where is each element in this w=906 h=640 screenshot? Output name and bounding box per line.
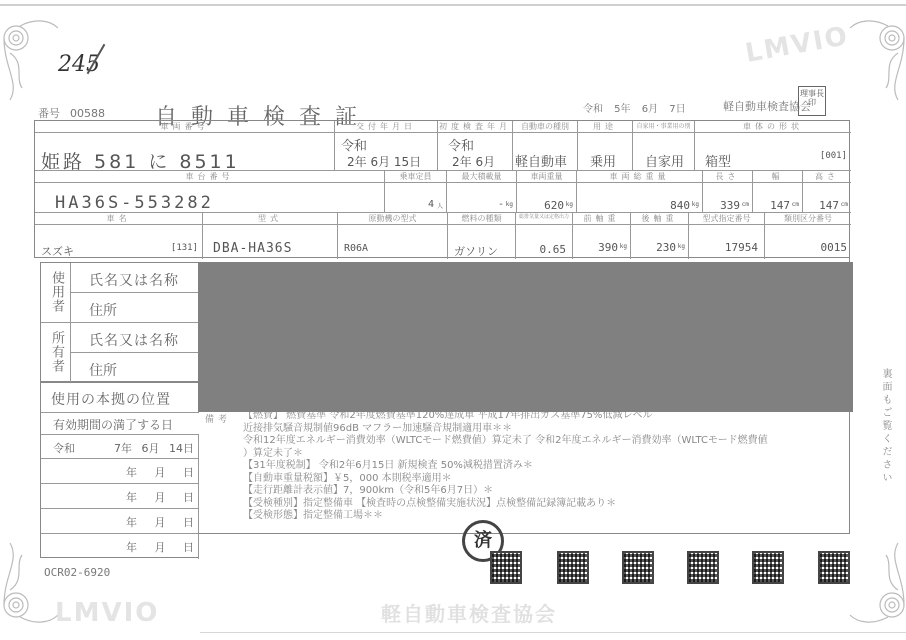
header-vehicle-class: 自動車の種別 xyxy=(513,121,578,133)
official-seal: 理事長印 xyxy=(798,86,826,116)
header-fuel: 燃料の種類 xyxy=(448,213,516,225)
width: 147 xyxy=(770,199,790,212)
blank-date-2: 年 月 日 xyxy=(126,489,194,505)
header-chassis-number: 車台番号 xyxy=(35,171,385,183)
corner-ornament-icon xyxy=(848,540,906,635)
length: 339 xyxy=(720,199,740,212)
header-first-registration: 初度検査年月 xyxy=(438,121,513,133)
owner-name-label: 氏名又は名称 xyxy=(89,330,179,350)
header-body-shape: 車体の形状 xyxy=(695,121,851,133)
height: 147 xyxy=(819,199,839,212)
vehicle-info-table: 車両番号 交付年月日 初度検査年月 自動車の種別 用途 自家用・事業用の別 車体… xyxy=(34,120,850,258)
location-label: 使用の本拠の位置 xyxy=(51,389,171,409)
owner-group-label: 所有者 xyxy=(47,331,66,373)
header-private-business: 自家用・事業用の別 xyxy=(633,121,695,133)
header-vehicle-weight: 車両重量 xyxy=(517,171,577,183)
header-issue-date: 交付年月日 xyxy=(335,121,438,133)
header-displacement: 総排気量又は定格出力 xyxy=(516,213,573,225)
chassis-number: HA36S-553282 xyxy=(55,193,214,213)
model: DBA-HA36S xyxy=(213,241,292,256)
owner-address-label: 住所 xyxy=(89,360,117,380)
first-registration-value: 2年 6月 xyxy=(452,153,495,170)
page-border-top xyxy=(0,4,906,6)
first-registration-cell: 令和 2年 6月 xyxy=(438,133,513,171)
back-side-note: 裏面もご覧ください xyxy=(878,368,893,485)
corner-ornament-icon xyxy=(0,8,60,103)
qr-code-5 xyxy=(752,551,784,584)
qr-code-4 xyxy=(687,551,719,584)
issue-date-cell: 令和 2年 6月 15日 xyxy=(335,133,438,171)
header-length: 長さ xyxy=(703,171,753,183)
remarks-line: 令和12年度エネルギー消費効率（WLTCモード燃費値）算定未了 令和2年度エネル… xyxy=(243,435,768,448)
serial-number: 番号00588 xyxy=(38,105,115,121)
user-address-label: 住所 xyxy=(89,300,117,320)
remarks-line: ）算定未了＊ xyxy=(243,448,768,461)
header-max-load: 最大積載量 xyxy=(447,171,517,183)
max-load: - xyxy=(498,199,504,210)
capacity: 4 xyxy=(428,199,434,210)
blank-date-1: 年 月 日 xyxy=(126,464,194,480)
vehicle-class: 軽自動車 xyxy=(515,151,567,170)
qr-code-2 xyxy=(557,551,589,584)
user-name-label: 氏名又は名称 xyxy=(89,270,179,290)
header-type-designation: 型式指定番号 xyxy=(689,213,765,225)
registration-number: 姫路 581 に 8511 xyxy=(41,147,240,174)
qr-code-1 xyxy=(490,551,522,584)
ocr-code: OCR02-6920 xyxy=(44,566,110,579)
serial-label: 番号 xyxy=(38,107,60,120)
expiry-date: 7年 6月 14日 xyxy=(114,440,194,456)
registration-number-cell: 姫路 581 に 8511 xyxy=(35,133,335,171)
body-shape: 箱型 xyxy=(705,151,731,170)
front-axle: 390 xyxy=(598,241,618,254)
category-number: 0015 xyxy=(821,241,848,254)
body-shape-code: [001] xyxy=(820,151,847,161)
blank-date-3: 年 月 日 xyxy=(126,514,194,530)
page-border-bottom xyxy=(200,632,906,633)
serial-value: 00588 xyxy=(70,107,105,120)
redaction-block xyxy=(198,262,853,412)
remarks-line: 【走行距離計表示値】7，900km（令和5年6月7日）＊ xyxy=(243,485,768,498)
watermark-top: LMVIO xyxy=(743,21,851,69)
user-group-label: 使用者 xyxy=(47,271,66,313)
header-maker: 車名 xyxy=(35,213,203,225)
header-model: 型式 xyxy=(203,213,338,225)
fuel: ガソリン xyxy=(454,243,498,259)
watermark-bottom: LMVIO xyxy=(55,598,159,628)
qr-code-6 xyxy=(818,551,850,584)
rear-axle: 230 xyxy=(656,241,676,254)
header-gross-weight: 車両総重量 xyxy=(577,171,703,183)
remarks-line: 【受検形態】指定整備工場＊＊ xyxy=(243,510,768,523)
remarks-line: 【31年度税制】 令和2年6月15日 新規検査 50%減税措置済み＊ xyxy=(243,460,768,473)
blank-date-4: 年 月 日 xyxy=(126,539,194,555)
expiry-label: 有効期間の満了する日 xyxy=(53,416,173,433)
header-width: 幅 xyxy=(753,171,803,183)
maker: スズキ xyxy=(41,243,74,259)
issue-date: 令和 5年 6月 7日 xyxy=(583,100,686,115)
remarks-line: 【自動車重量税額】￥5，000 本則税率適用＊ xyxy=(243,473,768,486)
engine-model: R06A xyxy=(344,243,368,254)
remarks-label: 備考 xyxy=(205,412,231,425)
header-registration-number: 車両番号 xyxy=(35,121,335,133)
vehicle-weight: 620 xyxy=(544,199,564,212)
usage: 乗用 xyxy=(590,151,616,170)
maker-code: [131] xyxy=(171,243,198,253)
type-designation: 17954 xyxy=(725,241,758,254)
header-engine-model: 原動機の型式 xyxy=(338,213,448,225)
remarks-text: 【燃費】 燃費基準 令和2年度燃費基準120%達成車 平成17年排出ガス基準75… xyxy=(243,410,768,523)
qr-code-3 xyxy=(622,551,654,584)
issue-date-value: 2年 6月 15日 xyxy=(347,153,421,170)
association-watermark: 軽自動車検査協会 xyxy=(381,598,557,627)
dates-section: 使用の本拠の位置 有効期間の満了する日 令和 7年 6月 14日 年 月 日 年… xyxy=(40,382,198,558)
remarks-line: 近接排気騒音規制値96dB マフラー加速騒音規制適用車＊＊ xyxy=(243,423,768,436)
owner-user-section: 使用者 氏名又は名称 住所 所有者 氏名又は名称 住所 xyxy=(40,262,198,382)
private-business: 自家用 xyxy=(645,151,684,170)
header-category-number: 類別区分番号 xyxy=(765,213,851,225)
header-height: 高さ xyxy=(803,171,851,183)
header-front-axle: 前軸重 xyxy=(573,213,631,225)
displacement: 0.65 xyxy=(540,243,567,256)
header-capacity: 乗車定員 xyxy=(385,171,447,183)
remarks-line: 【受検種別】指定整備車 【検査時の点検整備実施状況】点検整備記録簿記載あり＊ xyxy=(243,498,768,511)
header-usage: 用途 xyxy=(578,121,633,133)
corner-ornament-icon xyxy=(848,8,906,103)
header-rear-axle: 後軸重 xyxy=(631,213,689,225)
gross-weight: 840 xyxy=(670,199,690,212)
